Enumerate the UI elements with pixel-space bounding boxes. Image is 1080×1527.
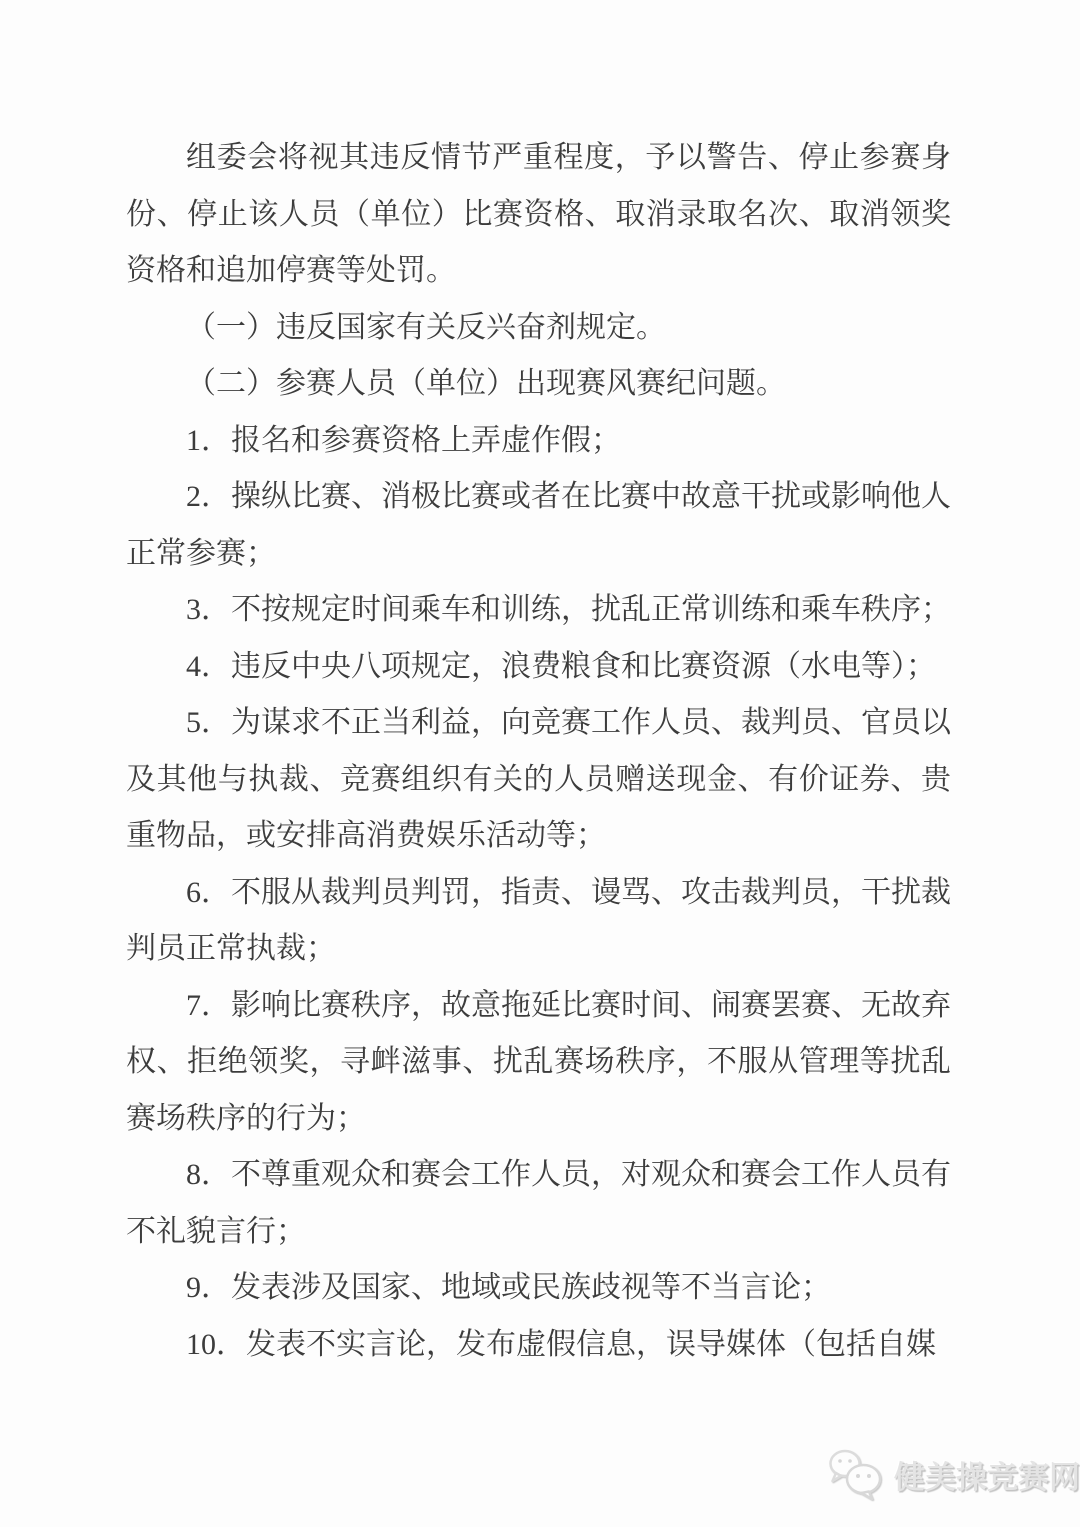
document-paragraph: 9．发表涉及国家、地域或民族歧视等不当言论； <box>126 1260 951 1317</box>
document-paragraph: 4．违反中央八项规定，浪费粮食和比赛资源（水电等）； <box>126 639 951 696</box>
watermark-text: 健美操竞赛网 <box>894 1452 1080 1497</box>
document-paragraph: 10．发表不实言论，发布虚假信息，误导媒体（包括自媒 <box>126 1317 951 1374</box>
document-page: 组委会将视其违反情节严重程度，予以警告、停止参赛身份、停止该人员（单位）比赛资格… <box>0 0 1080 1527</box>
document-paragraph: （一）违反国家有关反兴奋剂规定。 <box>126 300 951 357</box>
document-paragraph: 2．操纵比赛、消极比赛或者在比赛中故意干扰或影响他人正常参赛； <box>126 469 951 582</box>
wechat-icon <box>826 1448 888 1500</box>
document-paragraph: 5．为谋求不正当利益，向竞赛工作人员、裁判员、官员以及其他与执裁、竞赛组织有关的… <box>126 695 951 865</box>
document-paragraph: 组委会将视其违反情节严重程度，予以警告、停止参赛身份、停止该人员（单位）比赛资格… <box>126 130 951 300</box>
document-paragraph: （二）参赛人员（单位）出现赛风赛纪问题。 <box>126 356 951 413</box>
document-body: 组委会将视其违反情节严重程度，予以警告、停止参赛身份、停止该人员（单位）比赛资格… <box>126 130 951 1373</box>
document-paragraph: 3．不按规定时间乘车和训练，扰乱正常训练和乘车秩序； <box>126 582 951 639</box>
document-paragraph: 1．报名和参赛资格上弄虚作假； <box>126 413 951 470</box>
watermark: 健美操竞赛网 <box>826 1448 1080 1500</box>
document-paragraph: 7．影响比赛秩序，故意拖延比赛时间、闹赛罢赛、无故弃权、拒绝领奖，寻衅滋事、扰乱… <box>126 978 951 1148</box>
document-paragraph: 8．不尊重观众和赛会工作人员，对观众和赛会工作人员有不礼貌言行； <box>126 1147 951 1260</box>
document-paragraph: 6．不服从裁判员判罚，指责、谩骂、攻击裁判员，干扰裁判员正常执裁； <box>126 865 951 978</box>
